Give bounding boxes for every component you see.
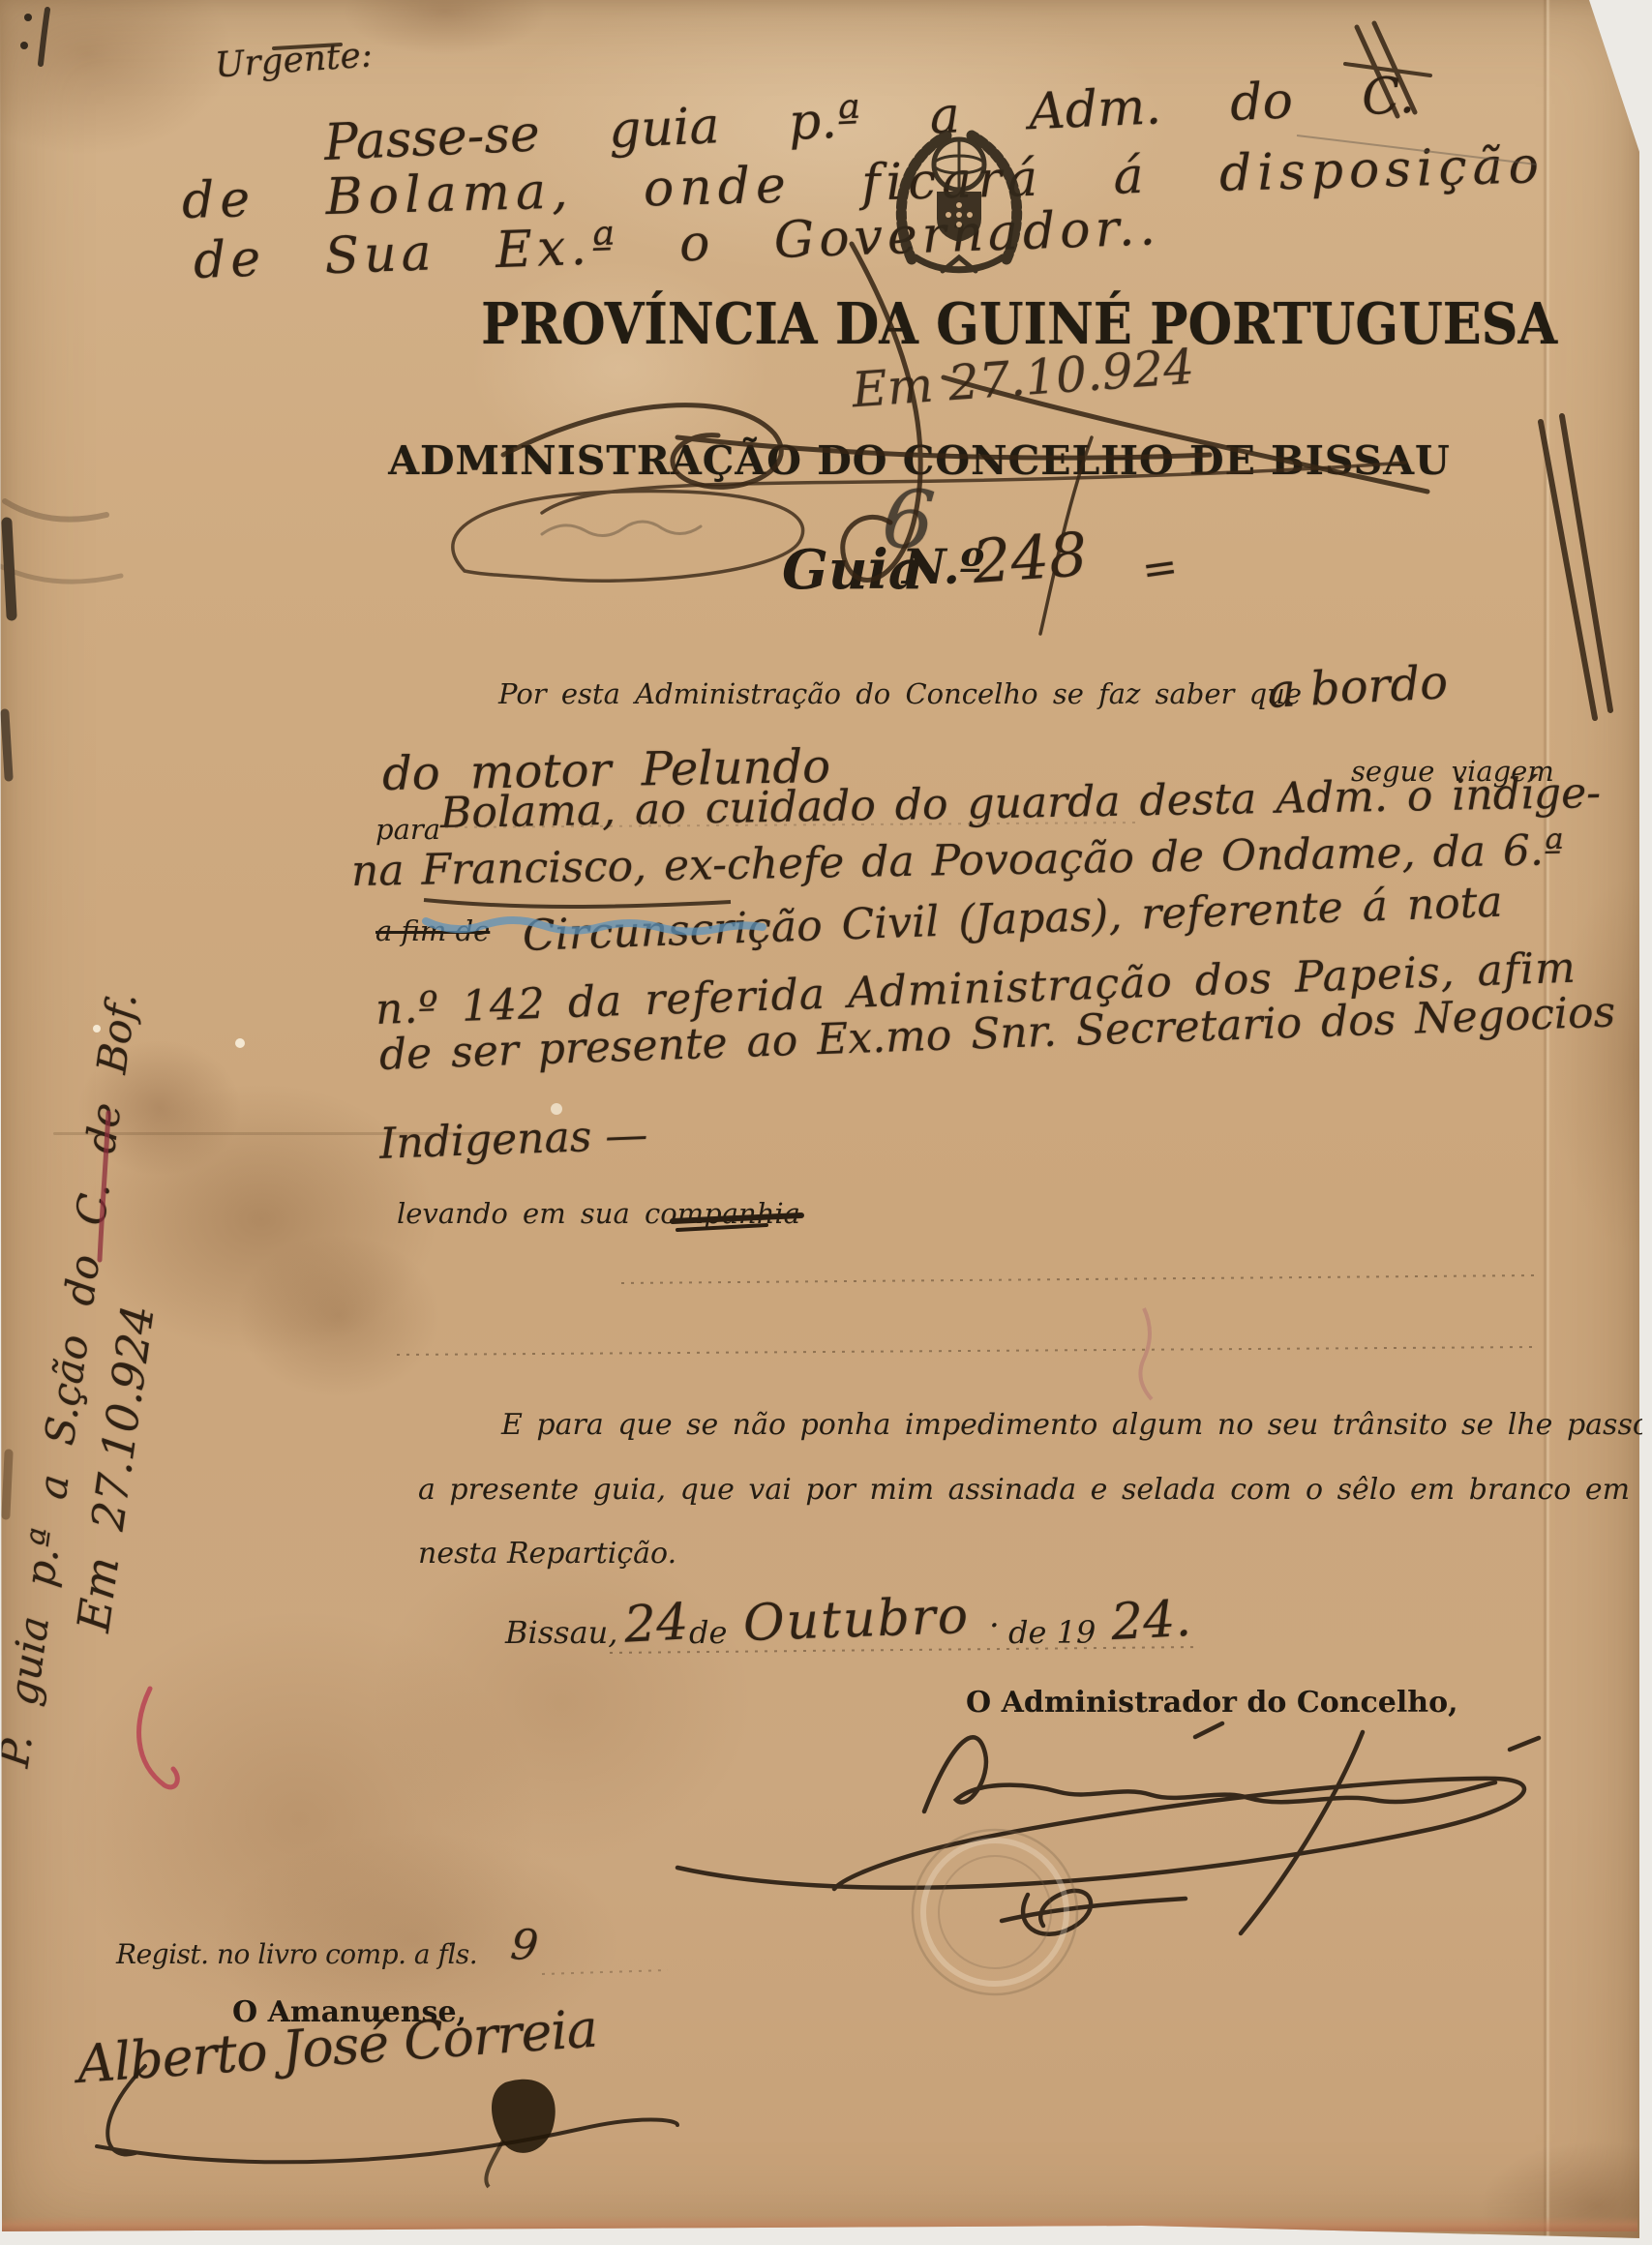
place-printed: Bissau, [505, 1614, 617, 1651]
aged-paper-sheet: Urgente: Passe-se guia p.ª a Adm. do C. … [0, 0, 1639, 2238]
para-printed: para [375, 813, 440, 846]
afimde-printed-struck: a fim de [375, 914, 490, 947]
day-handwritten: 24 [622, 1593, 689, 1654]
margin-note: P. guia p.ª a S.ção do C. de Bof. Em 27.… [0, 920, 217, 1779]
closing-line3: nesta Repartição. [418, 1537, 676, 1571]
annotation-urgent: Urgente: [214, 35, 374, 85]
province-title: PROVÍNCIA DA GUINÉ PORTUGUESA [481, 289, 1551, 357]
scanned-document-page: { "colors": { "paper": "#cfab81", "handw… [0, 0, 1652, 2245]
levando-printed: levando em sua companhia [397, 1197, 800, 1230]
year-handwritten: 24. [1109, 1590, 1192, 1652]
pencil-number: 6 [879, 470, 939, 569]
registry-number-handwritten: 9 [508, 1920, 540, 1972]
torn-bottom-edge [0, 2216, 1637, 2231]
ink-blob [486, 2080, 555, 2187]
guia-number-handwritten: 248 [971, 519, 1090, 597]
month-handwritten: Outubro [742, 1587, 971, 1653]
equals-mark: = [1139, 542, 1182, 596]
embossed-seal [913, 1830, 1077, 1994]
de-printed: de [689, 1614, 727, 1651]
pink-mark [1140, 1308, 1152, 1399]
year-prefix-printed: de 19 [1008, 1614, 1096, 1651]
closing-line2: a presente guia, que vai por mim assinad… [418, 1473, 1652, 1507]
indigenas-handwritten: Indigenas — [378, 1110, 648, 1169]
dot-mark: · [989, 1606, 1000, 1645]
body-intro-handwritten: a bordo [1267, 655, 1450, 719]
body-intro-printed: Por esta Administração do Concelho se fa… [498, 677, 1302, 710]
administrator-signature [677, 1723, 1539, 1934]
administrator-title: O Administrador do Concelho, [966, 1686, 1458, 1720]
registry-printed: Regist. no livro comp. a fls. [116, 1938, 477, 1970]
closing-line1: E para que se não ponha impedimento algu… [501, 1408, 1652, 1442]
